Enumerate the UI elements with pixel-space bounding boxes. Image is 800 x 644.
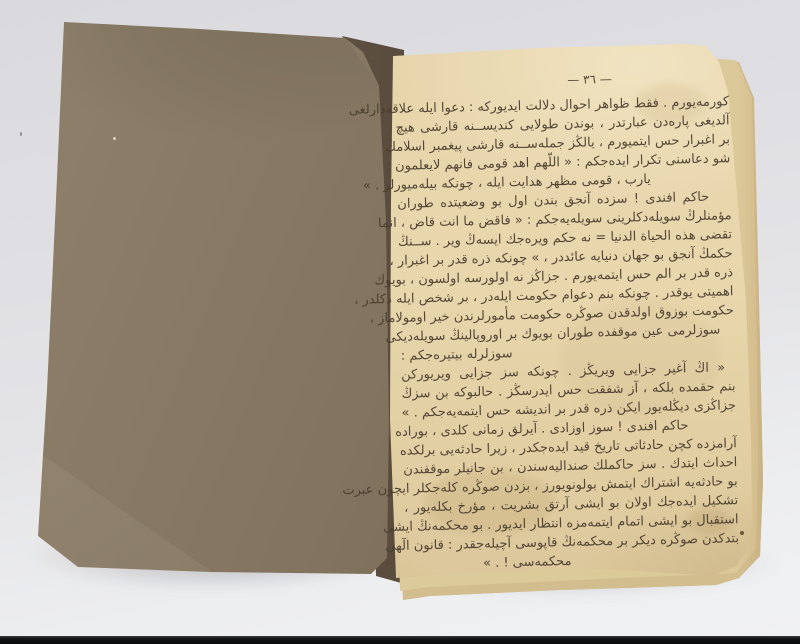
page-text: — ٣٦ — كورمه‌يورم . فقط ظواهر احوال دلال… <box>394 66 739 574</box>
table-edge <box>0 636 800 644</box>
photo-open-ottoman-book: — ٣٦ — كورمه‌يورم . فقط ظواهر احوال دلال… <box>0 0 800 644</box>
page-speck <box>740 531 744 535</box>
cover-speck <box>113 137 116 140</box>
background-speck <box>20 132 22 136</box>
